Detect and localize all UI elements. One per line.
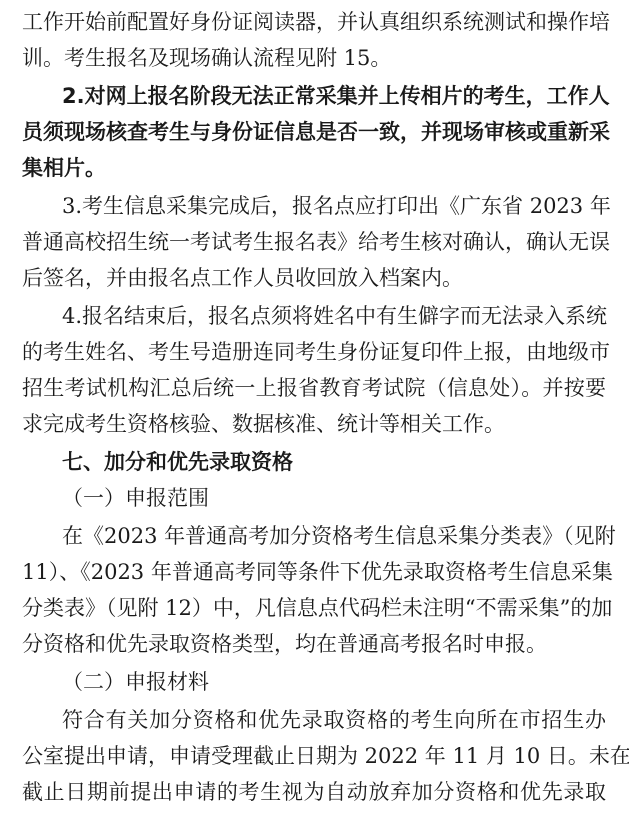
paragraph-line-bold: 2.对网上报名阶段无法正常采集并上传相片的考生，工作人 [62,80,606,112]
paragraph-line: 在《2023 年普通高考加分资格考生信息采集分类表》（见附 [62,520,606,552]
paragraph-line: 招生考试机构汇总后统一上报省教育考试院（信息处）。并按要 [22,372,606,404]
paragraph-line: 4.报名结束后，报名点须将姓名中有生僻字而无法录入系统 [62,300,606,332]
paragraph-line: 截止日期前提出申请的考生视为自动放弃加分资格和优先录取 [22,776,606,808]
paragraph-line: 3.考生信息采集完成后，报名点应打印出《广东省 2023 年 [62,190,606,222]
paragraph-line: 11）、《2023 年普通高考同等条件下优先录取资格考生信息采集 [22,556,606,588]
subsection-heading: （二）申报材料 [62,666,606,698]
paragraph-line: 的考生姓名、考生号造册连同考生身份证复印件上报，由地级市 [22,336,606,368]
paragraph-line: 求完成考生资格核验、数据核准、统计等相关工作。 [22,408,606,440]
subsection-heading: （一）申报范围 [62,482,606,514]
paragraph-line: 普通高校招生统一考试考生报名表》给考生核对确认，确认无误 [22,226,606,258]
paragraph-line: 公室提出申请，申请受理截止日期为 2022 年 11 月 10 日。未在 [22,740,606,772]
section-heading: 七、加分和优先录取资格 [62,446,606,478]
document-page: 工作开始前配置好身份证阅读器，并认真组织系统测试和操作培 训。考生报名及现场确认… [0,0,629,825]
paragraph-line-bold: 员须现场核查考生与身份证信息是否一致，并现场审核或重新采 [22,116,606,148]
paragraph-line: 分资格和优先录取资格类型，均在普通高考报名时申报。 [22,628,606,660]
paragraph-line: 后签名，并由报名点工作人员收回放入档案内。 [22,262,606,294]
paragraph-line: 符合有关加分资格和优先录取资格的考生向所在市招生办 [62,704,606,736]
paragraph-line: 训。考生报名及现场确认流程见附 15。 [22,42,606,74]
paragraph-line: 工作开始前配置好身份证阅读器，并认真组织系统测试和操作培 [22,6,606,38]
paragraph-line-bold: 集相片。 [22,152,606,184]
paragraph-line: 分类表》（见附 12）中，凡信息点代码栏未注明“不需采集”的加 [22,592,606,624]
